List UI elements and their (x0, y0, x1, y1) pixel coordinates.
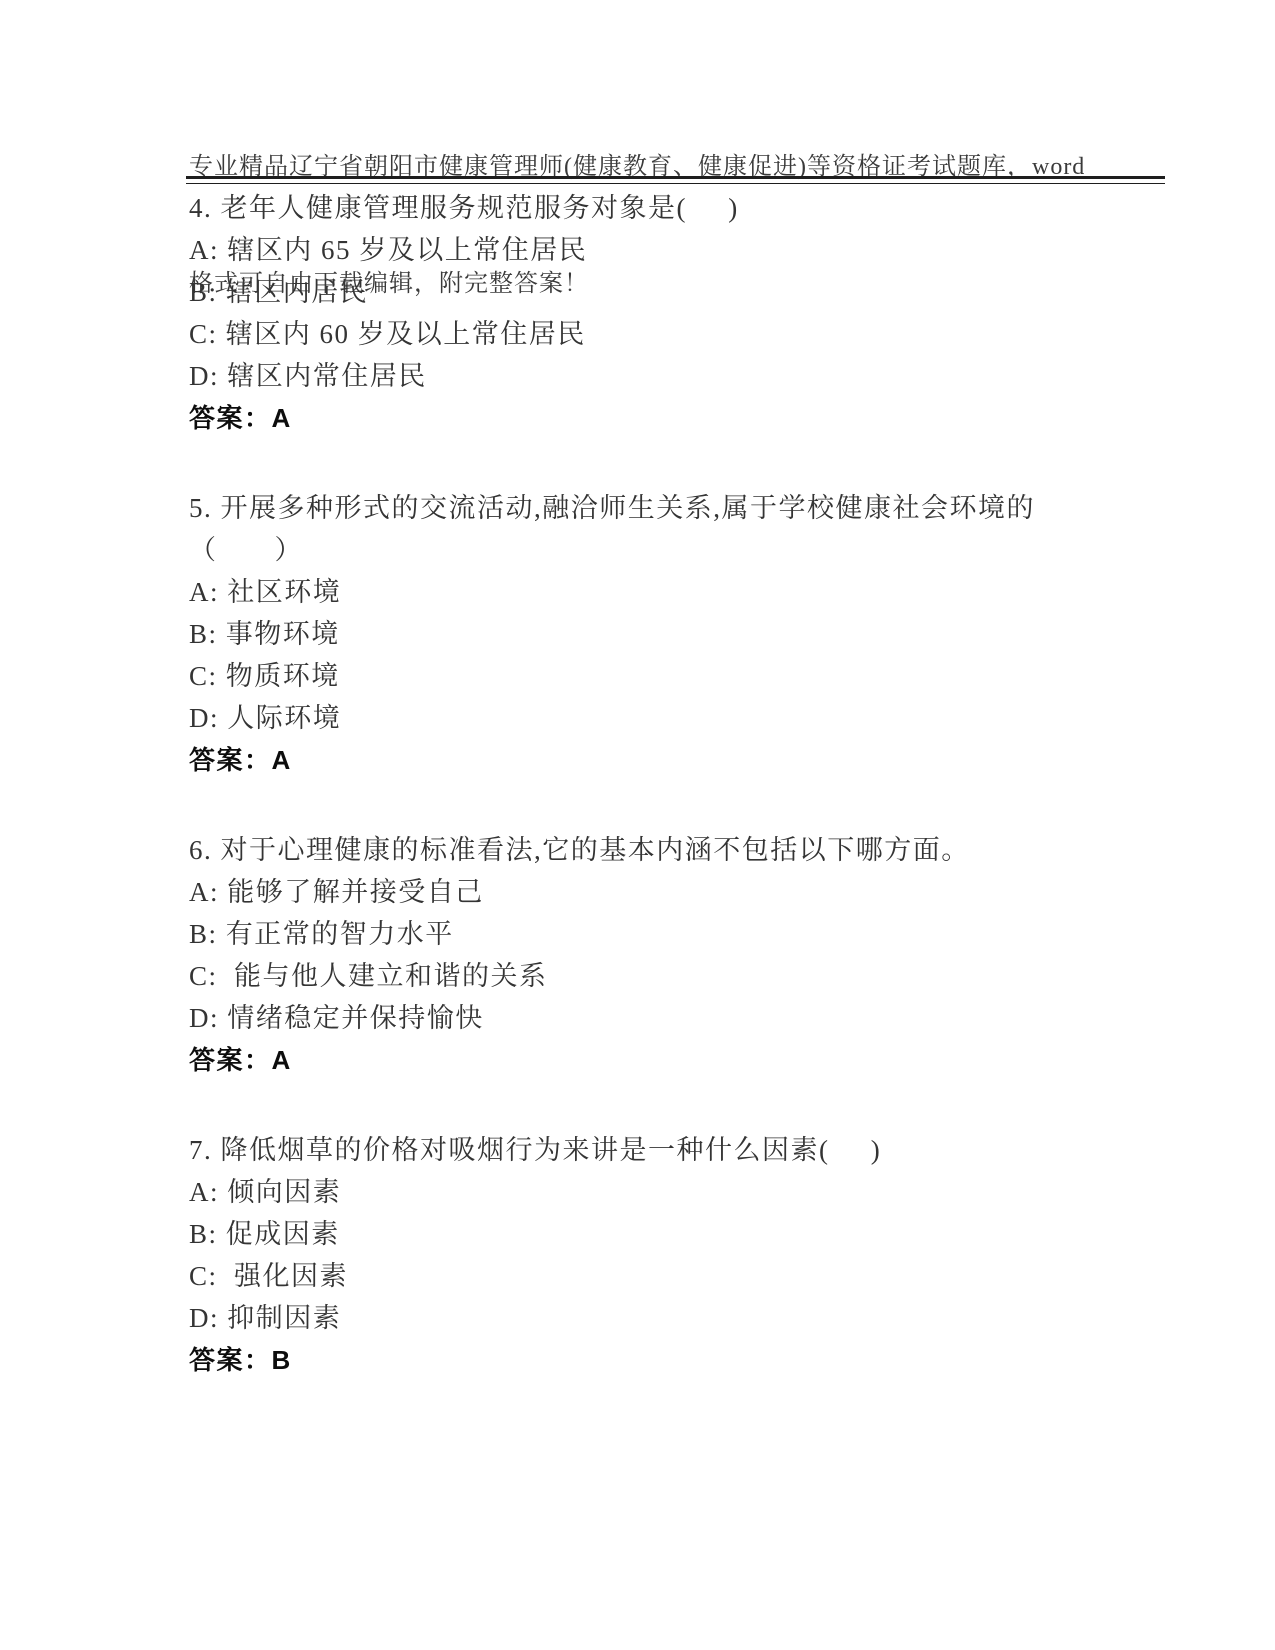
question-5-answer: 答案：A (189, 739, 1104, 781)
question-5-option-d: D: 人际环境 (189, 697, 1104, 739)
question-block-5: 5. 开展多种形式的交流活动,融洽师生关系,属于学校健康社会环境的 （ ） A:… (189, 487, 1104, 781)
question-7-option-d: D: 抑制因素 (189, 1297, 1104, 1339)
question-block-4: 4. 老年人健康管理服务规范服务对象是( ) A: 辖区内 65 岁及以上常住居… (189, 187, 1104, 439)
question-7-option-a: A: 倾向因素 (189, 1171, 1104, 1213)
question-5-title: 5. 开展多种形式的交流活动,融洽师生关系,属于学校健康社会环境的 （ ） (189, 487, 1104, 571)
question-4-option-c: C: 辖区内 60 岁及以上常住居民 (189, 313, 1104, 355)
question-6-option-b: B: 有正常的智力水平 (189, 913, 1104, 955)
question-6-option-c: C: 能与他人建立和谐的关系 (189, 955, 1104, 997)
question-7-title: 7. 降低烟草的价格对吸烟行为来讲是一种什么因素( ) (189, 1129, 1104, 1171)
question-6-option-a: A: 能够了解并接受自己 (189, 871, 1104, 913)
question-4-title: 4. 老年人健康管理服务规范服务对象是( ) (189, 187, 1104, 229)
document-page: 专业精品辽宁省朝阳市健康管理师(健康教育、健康促进)等资格证考试题库，word … (0, 0, 1275, 1650)
question-4-answer: 答案：A (189, 397, 1104, 439)
question-block-7: 7. 降低烟草的价格对吸烟行为来讲是一种什么因素( ) A: 倾向因素 B: 促… (189, 1129, 1104, 1381)
question-5-option-b: B: 事物环境 (189, 613, 1104, 655)
question-4-option-b: B: 辖区内居民 (189, 271, 1104, 313)
question-5-option-a: A: 社区环境 (189, 571, 1104, 613)
question-7-option-b: B: 促成因素 (189, 1213, 1104, 1255)
question-7-option-c: C: 强化因素 (189, 1255, 1104, 1297)
question-5-option-c: C: 物质环境 (189, 655, 1104, 697)
question-6-option-d: D: 情绪稳定并保持愉快 (189, 997, 1104, 1039)
question-6-answer: 答案：A (189, 1039, 1104, 1081)
question-4-option-a: A: 辖区内 65 岁及以上常住居民 (189, 229, 1104, 271)
question-7-answer: 答案：B (189, 1339, 1104, 1381)
header-divider-rule (186, 176, 1165, 184)
document-body: 4. 老年人健康管理服务规范服务对象是( ) A: 辖区内 65 岁及以上常住居… (189, 187, 1104, 1429)
question-6-title: 6. 对于心理健康的标准看法,它的基本内涵不包括以下哪方面。 (189, 829, 1104, 871)
question-4-option-d: D: 辖区内常住居民 (189, 355, 1104, 397)
question-block-6: 6. 对于心理健康的标准看法,它的基本内涵不包括以下哪方面。 A: 能够了解并接… (189, 829, 1104, 1081)
